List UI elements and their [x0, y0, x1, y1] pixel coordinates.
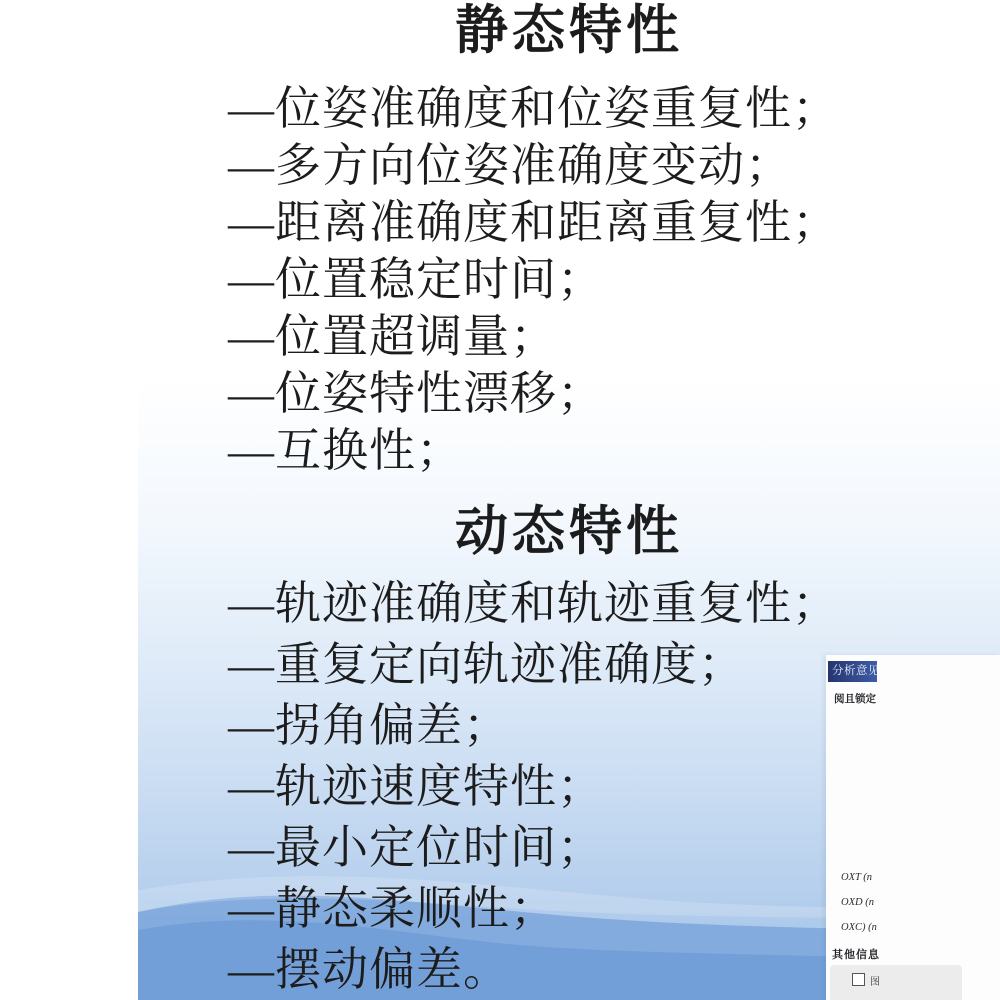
static-characteristics-title: 静态特性: [138, 0, 1000, 60]
options-group-box: 图: [830, 965, 962, 1000]
list-item: —轨迹准确度和轨迹重复性；: [138, 573, 1000, 634]
screenshot-canvas: 静态特性 —位姿准确度和位姿重复性； —多方向位姿准确度变动； —距离准确度和距…: [0, 0, 1000, 1000]
list-item: —位置超调量；: [138, 308, 1000, 365]
other-info-label: 其他信息: [832, 946, 892, 960]
checkbox-label: 图: [870, 973, 884, 986]
panel-entry[interactable]: OXC) (n: [841, 922, 911, 936]
static-characteristics-section: 静态特性 —位姿准确度和位姿重复性； —多方向位姿准确度变动； —距离准确度和距…: [138, 0, 1000, 479]
list-item: —多方向位姿准确度变动；: [138, 137, 1000, 194]
checkbox[interactable]: [852, 973, 865, 986]
overlay-window: 分析意见 阅且锁定 OXT (n OXD (n OXC) (n 其他信息 图: [826, 655, 1000, 1000]
dynamic-characteristics-title: 动态特性: [138, 479, 1000, 561]
panel-entry[interactable]: OXD (n: [841, 897, 911, 911]
list-item: —位置稳定时间；: [138, 251, 1000, 308]
analysis-tab[interactable]: 分析意见: [828, 661, 877, 682]
panel-entry[interactable]: OXT (n: [841, 872, 911, 886]
panel-subtitle: 阅且锁定: [834, 691, 890, 706]
list-item: —位姿特性漂移；: [138, 365, 1000, 422]
list-item: —互换性；: [138, 422, 1000, 479]
list-item: —位姿准确度和位姿重复性；: [138, 80, 1000, 137]
list-item: —距离准确度和距离重复性；: [138, 194, 1000, 251]
